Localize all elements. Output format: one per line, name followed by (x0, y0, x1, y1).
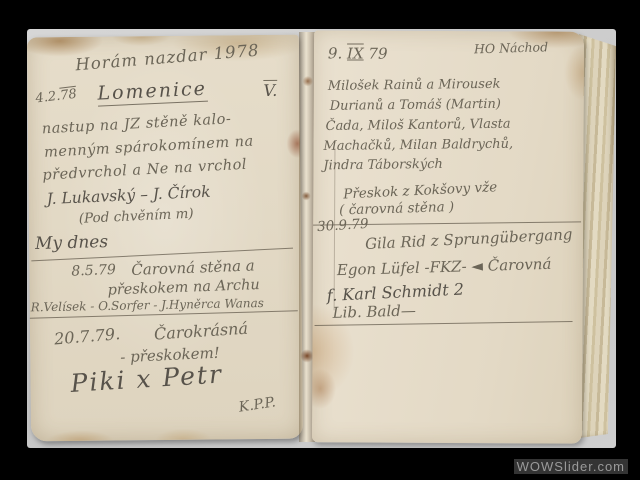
right-names-line: Jindra Táborských (323, 157, 443, 173)
right-club: HO Náchod (474, 39, 549, 56)
right-note: Přeskok z Kokšovy vže (343, 179, 498, 202)
entry3-signature: Piki x Petr (70, 359, 224, 398)
right-names-line: Milošek Rainů a Mirousek (328, 77, 501, 94)
entry1-body-line: nastup na JZ stěně kalo- (42, 111, 232, 137)
notebook-right-page: 9. IX 79 HO Náchod Milošek Rainů a Mirou… (312, 30, 584, 443)
slideshow-stage: Horám nazdar 1978 4.2.78 Lomenice V. nas… (0, 0, 640, 480)
entry1-date-year: 78 (59, 87, 77, 104)
entry2-title2: přeskokem na Archu (107, 277, 260, 299)
wowslider-watermark[interactable]: WOWSlider.com (514, 459, 628, 474)
entry2-title: Čarovná stěna a (131, 256, 255, 279)
entry2-date: 8.5.79 (71, 262, 116, 280)
right-names-line: Machačků, Milan Baldrychů, (323, 137, 513, 154)
right-entry2-date: 30.9.79 (317, 216, 369, 235)
right-signature-line: Egon Lüfel -FKZ- ◄ Čarovná (337, 255, 552, 279)
right-signature-line: Lib. Bald— (332, 301, 416, 321)
right-signature-line: Gila Rid z Sprungübergang (365, 225, 573, 253)
entry1-grade: V. (263, 81, 277, 100)
left-heading: Horám nazdar 1978 (75, 41, 261, 75)
page-edge-stack (579, 34, 616, 438)
entry1-body-line: menným spárokomínem na (44, 134, 254, 161)
entry3-title: Čarokrásná (153, 319, 248, 344)
notebook-photo: Horám nazdar 1978 4.2.78 Lomenice V. nas… (27, 29, 616, 448)
right-date-roman: IX (347, 44, 364, 62)
right-names-line: Čada, Miloš Kantorů, Vlasta (325, 117, 510, 134)
entry1-body-line: předvrchol a Ne na vrchol (42, 157, 247, 184)
entry1-climbers: J. Lukavský – J. Čírok (46, 183, 211, 208)
notebook-left-page: Horám nazdar 1978 4.2.78 Lomenice V. nas… (27, 35, 303, 442)
entry3-date: 20.7.79. (53, 324, 120, 348)
entry1-who: My dnes (35, 232, 109, 254)
entry1-date: 4.2.78 (35, 87, 78, 107)
entry3-signature2: K.P.P. (238, 394, 277, 415)
right-names-line: Durianů a Tomáš (Martin) (330, 97, 501, 114)
entry1-route-name: Lomenice (97, 78, 207, 107)
right-date-prefix: 9. (328, 44, 342, 62)
divider-rule (315, 321, 573, 326)
entry1-date-prefix: 4.2. (35, 89, 61, 107)
right-entry1-date: 9. IX 79 (328, 44, 388, 62)
entry1-note: (Pod chvěním m) (78, 206, 194, 227)
right-date-suffix: 79 (368, 45, 387, 63)
